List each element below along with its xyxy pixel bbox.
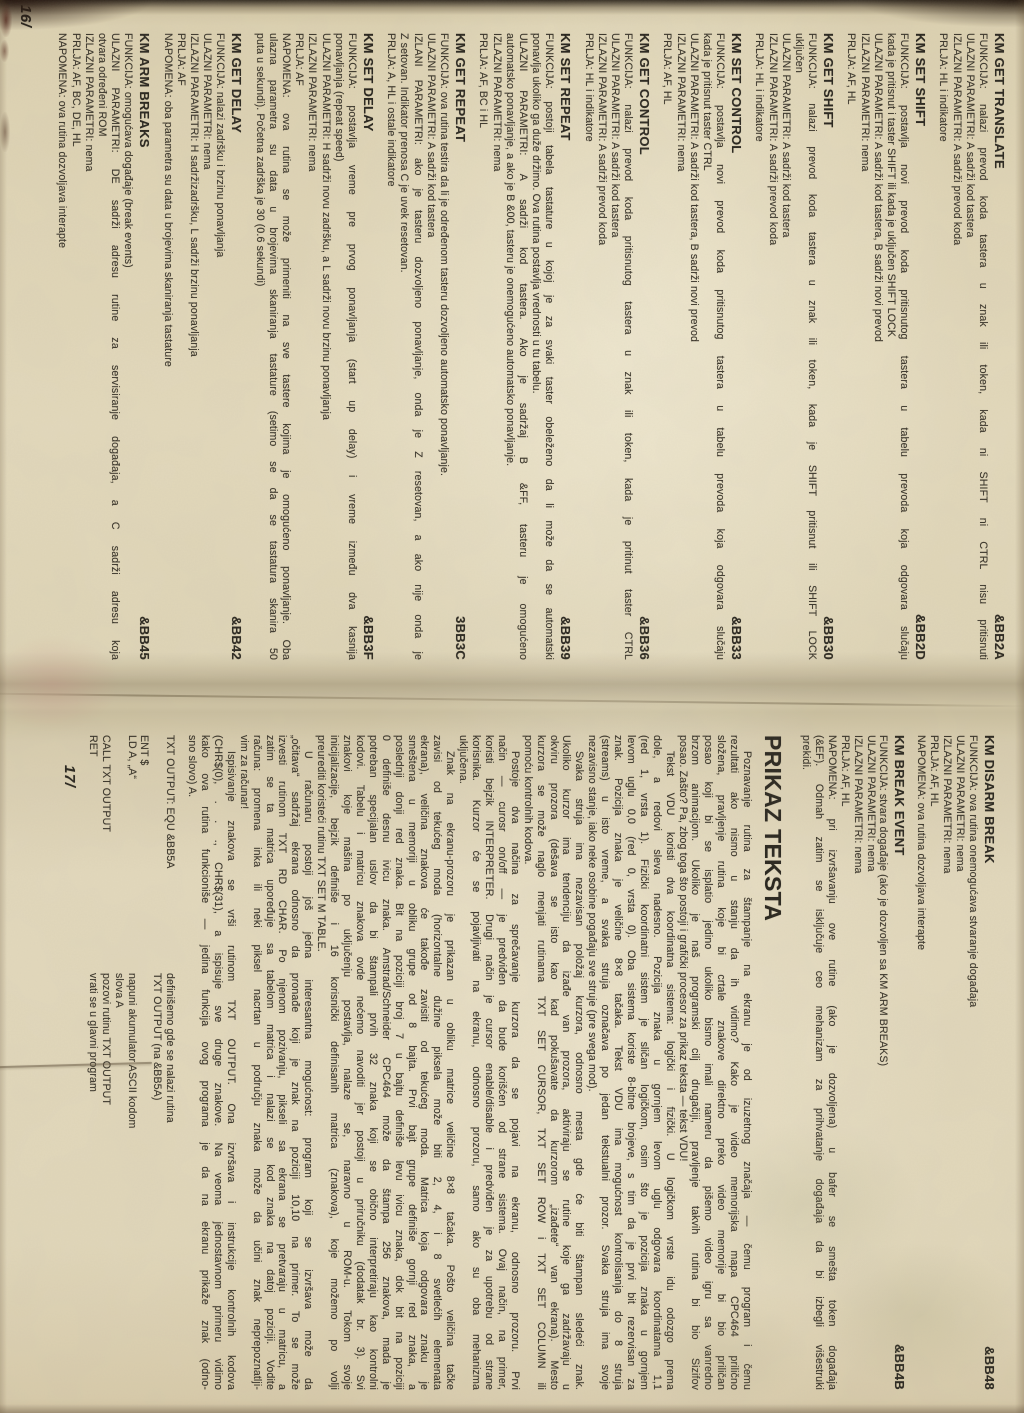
text-line: ponavlja ukoliko ga duže držimo. Ova rut… (529, 33, 542, 660)
text-line: FUNKCIJA: ova rutina testira da li je od… (437, 33, 450, 660)
routine-heading: KM DISARM BREAK&BB48 (981, 735, 998, 1390)
routine-address: &BB48 (981, 1346, 998, 1390)
text-line: PRLJA: HL i indikatore (936, 33, 949, 660)
routine-address: &BB42 (228, 616, 245, 660)
text-line: ULAZNI PARAMETRI: A sadrži kod tastera, … (687, 33, 700, 660)
routine-title: KM SET SHIFT (912, 33, 929, 126)
text-line: NAPOMENA: ova rutina se može primeniti n… (279, 33, 292, 660)
text-line: FUNKCIJA: stvara događaje (ako je dozvol… (877, 735, 890, 1390)
paragraph: Poznavanje rutina za štampanje na ekranu… (676, 735, 753, 1390)
text-line: ekrana), veličina znakova će takođe zavi… (418, 735, 431, 1390)
code-comment: vrati se u glavni program (86, 973, 99, 1390)
routine-section: KM SET DELAY&BB3FFUNKCIJA: postavlja vre… (252, 33, 377, 660)
text-line: ULAZNI PARAMETRI: H sadrži novu zadršku,… (318, 33, 331, 660)
text-line: ULAZNI PARAMETRI: nema (200, 33, 213, 660)
routine-heading: KM GET SHIFT&BB30 (820, 33, 837, 660)
code-row: slova A (112, 735, 125, 1390)
text-line: brzom animacijom. Ukoliko je naš program… (689, 735, 702, 1390)
text-line: NAPOMENA: pri izvršavanju ove rutine (ak… (825, 735, 838, 1390)
text-line: korisnika. Kurzor će se pojavljivati na … (469, 735, 482, 1390)
routine-sections: KM GET TRANSLATE&BB2AFUNKCIJA: nalazi pr… (55, 33, 1008, 660)
text-line: sno slovo) A. (185, 735, 198, 1390)
routine-section: KM GET DELAY&BB42FUNKCIJA: nalazi zadršk… (160, 33, 245, 660)
text-line: ponavljanja (repeat speed) (332, 33, 345, 660)
text-line: pomoću kontrolnih kodova. (521, 735, 534, 1390)
routine-address: &BB2D (912, 614, 929, 660)
text-line: FUNKCIJA: postoji tabela tastature u koj… (542, 33, 555, 660)
text-line: Z setovan. Indikator prenosa C je uvek r… (397, 33, 410, 660)
text-line: zatim se ta matrica upoređuje sa tabelom… (263, 735, 276, 1390)
routine-title: KM DISARM BREAK (981, 735, 998, 864)
page-17-content: KM DISARM BREAK&BB48FUNKCIJA: ova rutina… (86, 735, 1004, 1390)
routine-heading: KM GET CONTROL&BB36 (636, 33, 653, 660)
code-text (150, 735, 163, 973)
code-comment: slova A (112, 973, 125, 1390)
text-line: nezavisno stanje, iako neke osobine poga… (585, 735, 598, 1390)
text-line: PRLJA: AF (292, 33, 305, 660)
code-comment: definišemo gde se nalazi rutina (163, 973, 176, 1390)
text-line: ULAZNI PARAMETRI: DE sadrži adresu rutin… (108, 33, 121, 660)
routine-section: KM GET SHIFT&BB30FUNKCIJA: nalazi prevod… (752, 33, 837, 660)
text-line: NAPOMENA: ova rutina dozvoljava interapt… (55, 33, 68, 660)
code-comment (138, 973, 151, 1390)
text-line: (CHR$(0), . . ., CHR$(31), a ispisuje sv… (211, 735, 224, 1390)
text-line: posao koji bi se isplatio jedino ukoliko… (702, 735, 715, 1390)
code-text: ENT $ (138, 735, 151, 973)
text-line: automatsko ponavljanje, a ako je B &00, … (503, 33, 516, 660)
text-line: (streams) u isto vreme, a svaka struja o… (598, 735, 611, 1390)
text-line: PRLJA: AF, BC, DE, HL (68, 33, 81, 660)
text-line: IZLAZNI PARAMETRI: nema (851, 735, 864, 1390)
text-line: FUNKCIJA: nalazi prevod koda tastera u z… (976, 33, 989, 660)
text-line: ULAZNI PARAMETRI: nema (953, 735, 966, 1390)
text-line: prekidi. (799, 735, 812, 1390)
text-line: IZLAZNI PARAMETRI: nema (305, 33, 318, 660)
text-line: IZLAZNI PARAMETRI: H sadržizadršku, L sa… (187, 33, 200, 660)
text-line: način — curosr on/off — je predviđen da … (495, 735, 508, 1390)
routine-address: &BB33 (728, 616, 745, 660)
routine-title: KM GET REPEAT (452, 33, 469, 142)
page-number-16: 16/ (17, 5, 34, 27)
text-line: ULAZNI PARAMETRI: A sadrži kod tastera (424, 33, 437, 660)
routine-section: KM GET CONTROL&BB36FUNKCIJA: nalazi prev… (581, 33, 653, 660)
routine-section: KM GET REPEAT3BB3CFUNKCIJA: ova rutina t… (384, 33, 469, 660)
book-spread: KM GET TRANSLATE&BB2AFUNKCIJA: nalazi pr… (0, 0, 1024, 1413)
text-line: „očitava“ sadržaj ekrana odnosno da pron… (289, 735, 302, 1390)
text-line: Tekst VDU koristi dva koordinatna sistem… (663, 735, 676, 1390)
text-line: PRLJA: AF, HL (927, 735, 940, 1390)
text-line: FUNKCIJA: postavlja novi prevod koda pri… (897, 33, 910, 660)
text-line: NAPOMENA: oba parametra su data u brojev… (160, 33, 173, 660)
code-comment: pozovi rutinu TXT OUTPUT (99, 973, 112, 1390)
text-line: smeštena u memoriji u obliku grupe od 8 … (405, 735, 418, 1390)
routine-sections: KM DISARM BREAK&BB48FUNKCIJA: ova rutina… (799, 735, 998, 1390)
paragraph: U računaru postoji još jedna interesantn… (237, 735, 314, 1390)
routine-title: KM GET TRANSLATE (991, 33, 1008, 169)
text-line: kada je pritisnut i taster SHIFT ili kad… (884, 33, 897, 660)
routine-address: &BB3F (360, 615, 377, 660)
routine-title: KM GET SHIFT (820, 33, 837, 128)
text-line: FUNKCIJA: postavlja vreme pre prvog pona… (345, 33, 358, 660)
text-line: IZLAZNI PARAMETRI: nema (673, 33, 686, 660)
text-line: NAPOMENA: ova rutina dozvoljava interapt… (914, 735, 927, 1390)
text-line: kako ova rutina funkcioniše — jedina fun… (198, 735, 211, 1390)
text-line: uključena. (456, 735, 469, 1390)
text-line: Znak na ekranu-prozoru je prikazan u obl… (443, 735, 456, 1390)
text-line: potreban specijalan uslov da bi štampali… (366, 735, 379, 1390)
text-line: IZLAZNI PARAMETRI: A sadrži prevod koda (595, 33, 608, 660)
routine-heading: KM SET CONTROL&BB33 (728, 33, 745, 660)
routine-title: KM SET DELAY (360, 33, 377, 132)
text-line: inicijalizacije, bejzik definiše i 16 ko… (327, 735, 340, 1390)
text-line: Ispisivanje znakova se vrši rutinom TXT … (224, 735, 237, 1390)
text-line: (red 1, vrsta 1). Fizički koordinatni si… (637, 735, 650, 1390)
paragraph: Tekst VDU koristi dva koordinatna sistem… (585, 735, 675, 1390)
routine-title: KM BREAK EVENT (891, 735, 908, 856)
text-line: Ukoliko kurzor ima tendenciju da izađe v… (560, 735, 573, 1390)
text-line: IZLAZNI PARAMETRI: nema (857, 33, 870, 660)
routine-heading: KM SET DELAY&BB3F (360, 33, 377, 660)
routine-heading: KM GET REPEAT3BB3C (452, 33, 469, 660)
code-row: CALL TXT OUTPUTpozovi rutinu TXT OUTPUT (99, 735, 112, 1390)
section-heading-prikaz-teksta: PRIKAZ TEKSTA (760, 735, 786, 1390)
text-line: PRLJA: AF, BC i HL (476, 33, 489, 660)
text-line: složena, pravljenje rutina koje bi crtal… (714, 735, 727, 1390)
routine-title: KM ARM BREAKS (136, 33, 153, 148)
text-line: izvesti rutinom TXT RD CHAR. Po njenom p… (276, 735, 289, 1390)
scanned-book-spread: KM GET TRANSLATE&BB2AFUNKCIJA: nalazi pr… (0, 0, 1024, 1413)
text-line: Poznavanje rutina za štampanje na ekranu… (740, 735, 753, 1390)
routine-section: KM ARM BREAKS&BB45FUNKCIJA: omogućava do… (55, 33, 153, 660)
routine-section: KM SET SHIFT&BB2DFUNKCIJA: postavlja nov… (844, 33, 929, 660)
paragraph: Znak na ekranu-prozoru je prikazan u obl… (314, 735, 456, 1390)
code-text: RET (86, 735, 99, 973)
page-16: KM GET TRANSLATE&BB2AFUNKCIJA: nalazi pr… (0, 0, 1024, 706)
text-line: ULAZNI PARAMETRI: A sadrži kod tastera, … (871, 33, 884, 660)
code-row: ENT $ (138, 735, 151, 1390)
routine-section: KM SET CONTROL&BB33FUNKCIJA: postavlja n… (660, 33, 745, 660)
text-line: FUNKCIJA: nalazi prevod koda tastera u z… (805, 33, 818, 660)
routine-heading: KM BREAK EVENT&BB4B (891, 735, 908, 1390)
routine-section: KM GET TRANSLATE&BB2AFUNKCIJA: nalazi pr… (936, 33, 1008, 660)
text-line: kada je pritisnut taster CTRL (700, 33, 713, 660)
text-line: PRLJA: AF, HL (660, 33, 673, 660)
text-line: kodovi. Tabelu i matricu znakova ovde ne… (353, 735, 366, 1390)
code-comment: napuni akumulator ASCII kodom (125, 973, 138, 1390)
code-row: RETvrati se u glavni program (86, 735, 99, 1390)
assembly-code-listing: TXT OUTPUT: EQU &BB5Adefinišemo gde se n… (86, 735, 176, 1390)
paragraph: Ispisivanje znakova se vrši rutinom TXT … (185, 735, 237, 1390)
text-line: 0 definiše desnu ivicu znaka. Amstrad/Sc… (379, 735, 392, 1390)
text-line: kurzora se može naglo menjati rutinama T… (534, 735, 547, 1390)
routine-section: KM BREAK EVENT&BB4BFUNKCIJA: stvara doga… (799, 735, 908, 1390)
routine-address: &BB45 (136, 616, 153, 660)
text-line: IZLAZNI PARAMETRI: nema (82, 33, 95, 660)
routine-heading: KM GET TRANSLATE&BB2A (991, 33, 1008, 660)
paragraph: Postoje dva načina za sprečavanje kurzor… (456, 735, 521, 1390)
text-line: znakovi koje mašina po uključenju postav… (340, 735, 353, 1390)
text-line: poslednji donji red znaka. Bit na pozici… (392, 735, 405, 1390)
routine-address: &BB39 (557, 616, 574, 660)
text-line: PRLJA: AF, HL (838, 735, 851, 1390)
text-line: FUNKCIJA: nalazi prevod koda pritisnutog… (621, 33, 634, 660)
text-line: dole, a redovi sleva nadesno. Pozicija z… (650, 735, 663, 1390)
text-line: Svaka struja ima nezavisan položaj kurzo… (572, 735, 585, 1390)
routine-address: &BB2A (991, 614, 1008, 660)
routine-address: 3BB3C (452, 616, 469, 660)
text-line: znak. Pozicija znaka je veličine 8×8 tač… (611, 735, 624, 1390)
text-line: IZLAZNI PARAMETRI: nema (489, 33, 502, 660)
text-line: IZLAZNI PARAMETRI: nema (940, 735, 953, 1390)
routine-heading: KM ARM BREAKS&BB45 (136, 33, 153, 660)
text-line: ulazna parametra su data u brojevima ska… (266, 33, 279, 660)
text-line: ULAZNI PARAMETRI: A sadrži kod tastera (608, 33, 621, 660)
text-line: preurediti koristeći rutinu TXT SET M TA… (314, 735, 327, 1390)
text-line: posao. Zašto? Pa, zbog toga što postoji … (676, 735, 689, 1390)
text-line: FUNKCIJA: ova rutina onemogućava stvaran… (966, 735, 979, 1390)
text-line: PRLJA: HL i indikatore (581, 33, 594, 660)
text-line: (&EF). Odmah zatim se isključuje ceo meh… (812, 735, 825, 1390)
text-line: U računaru postoji još jedna interesantn… (301, 735, 314, 1390)
routine-heading: KM SET SHIFT&BB2D (912, 33, 929, 660)
text-line: PRLJA: HL i indikatore (752, 33, 765, 660)
code-text: CALL TXT OUTPUT (99, 735, 112, 973)
routine-section: KM SET REPEAT&BB39FUNKCIJA: postoji tabe… (476, 33, 574, 660)
text-line: ULAZNI PARAMETRI: A sadrži kod tastera (963, 33, 976, 660)
text-line: PRLJA: AF (174, 33, 187, 660)
text-line: ULAZNI PARAMETRI: A sadrži kod tastera (779, 33, 792, 660)
code-row: TXT OUTPUT: EQU &BB5Adefinišemo gde se n… (163, 735, 176, 1390)
routine-title: KM SET REPEAT (557, 33, 574, 141)
code-text: TXT OUTPUT: EQU &BB5A (163, 735, 176, 973)
text-line: Postoje dva načina za sprečavanje kurzor… (508, 735, 521, 1390)
page-16-content: KM GET TRANSLATE&BB2AFUNKCIJA: nalazi pr… (55, 33, 1008, 660)
text-line: ULAZNI PARAMETRI: nema (864, 735, 877, 1390)
text-line: ULAZNI PARAMETRI: A sadrži kod tastera. … (516, 33, 529, 660)
text-line: FUNKCIJA: omogućava događaje (break even… (121, 33, 134, 660)
routine-section: KM DISARM BREAK&BB48FUNKCIJA: ova rutina… (914, 735, 998, 1390)
code-row: TXT OUTPUT (na &BB5A) (150, 735, 163, 1390)
code-text: LD A, „A“ (125, 735, 138, 973)
text-line: PRLJA: A, HL i ostale indikatore (384, 33, 397, 660)
paragraph: Svaka struja ima nezavisan položaj kurzo… (521, 735, 586, 1390)
text-line: rezultati ako nismo u stanju da ih vidim… (727, 735, 740, 1390)
routine-title: KM GET DELAY (228, 33, 245, 133)
text-line: puta u sekundi). Početna zadrška je 30 (… (252, 33, 265, 660)
text-line: vim za računar! (237, 735, 250, 1390)
page-number-17: 17/ (61, 765, 78, 787)
text-line: računa: promena inka ili neki piksel nac… (250, 735, 263, 1390)
text-line: zavisi od tekućeg moda (horizontalne duž… (430, 735, 443, 1390)
body-paragraphs: Poznavanje rutina za štampanje na ekranu… (185, 735, 753, 1390)
text-line: levom uglu 0,0 (red 0, vrsta 0). Oba sis… (624, 735, 637, 1390)
routine-address: &BB36 (636, 616, 653, 660)
routine-title: KM SET CONTROL (728, 33, 745, 154)
text-line: FUNKCIJA: nalazi zadršku i brzinu ponavl… (213, 33, 226, 660)
text-line: koristi bejzik INTERPRETER. Drugi način … (482, 735, 495, 1390)
routine-title: KM GET CONTROL (636, 33, 653, 155)
page-17: KM DISARM BREAK&BB48FUNKCIJA: ova rutina… (0, 706, 1024, 1413)
text-line: IZLAZNI PARAMETRI: A sadrži prevod koda (949, 33, 962, 660)
text-line: uključen (792, 33, 805, 660)
routine-address: &BB30 (820, 616, 837, 660)
text-line: IZLAZNI PARAMETRI: A sadrži prevod koda (765, 33, 778, 660)
text-line: PRLJA: AF, HL (844, 33, 857, 660)
code-row: LD A, „A“napuni akumulator ASCII kodom (125, 735, 138, 1390)
text-line: okviru prozora (dešava se isto kao kad p… (547, 735, 560, 1390)
code-comment: TXT OUTPUT (na &BB5A) (150, 973, 163, 1390)
text-line: otvara određeni ROM (95, 33, 108, 660)
code-text (112, 735, 125, 973)
text-line: FUNKCIJA: postavlja novi prevod koda pri… (713, 33, 726, 660)
routine-address: &BB4B (891, 1344, 908, 1390)
routine-heading: KM GET DELAY&BB42 (228, 33, 245, 660)
routine-heading: KM SET REPEAT&BB39 (557, 33, 574, 660)
text-line: IZLANI PARAMETRI: ako je tasteru dozvolj… (411, 33, 424, 660)
